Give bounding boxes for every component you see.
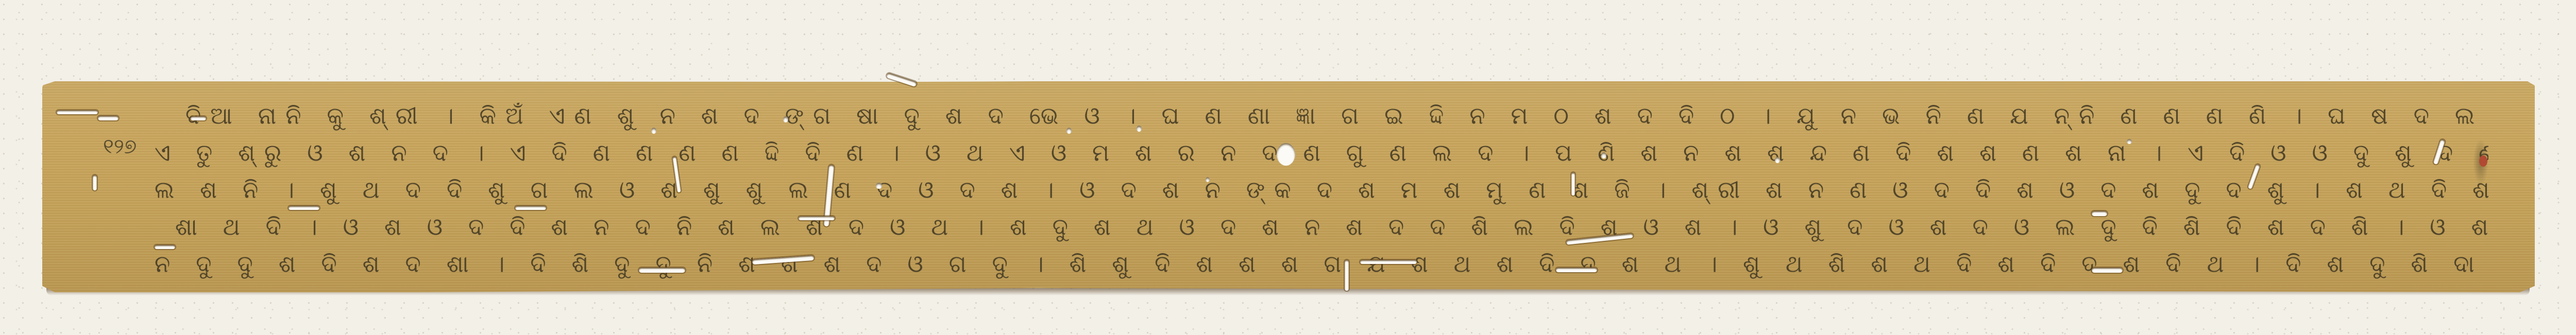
worm-track xyxy=(1556,268,1597,272)
worm-track xyxy=(515,206,546,210)
worm-track xyxy=(98,116,118,120)
text-line-2: ଏ ତୁ ଶ୍ରୁ ଓ ଶ ନ ଦ । ଏ ଦି ଣ ଣ ଣ ଣ ଦ୍ଦି ଦି… xyxy=(52,135,2488,171)
worm-hole xyxy=(2127,139,2132,144)
worm-hole xyxy=(651,128,656,134)
red-pigment-mark xyxy=(2479,155,2487,167)
binding-hole xyxy=(1277,143,1295,166)
text-line-1: ଦିଆ ନାନି କୁ ଶ୍ରୀ । କିଅଁ ଏଣ ଶୁ ନ ଶ ଦ ଙ୍ଗ … xyxy=(52,98,2488,134)
worm-track xyxy=(155,245,175,249)
worm-track xyxy=(1571,172,1575,196)
manuscript-text: ଦିଆ ନାନି କୁ ଶ୍ରୀ । କିଅଁ ଏଣ ଶୁ ନ ଶ ଦ ଙ୍ଗ … xyxy=(52,99,2488,282)
worm-track xyxy=(799,216,835,220)
worm-hole xyxy=(876,183,882,189)
worm-track xyxy=(639,268,685,273)
worm-track xyxy=(57,110,98,114)
worm-hole xyxy=(1206,177,1210,182)
worm-track xyxy=(2092,211,2107,216)
worm-hole xyxy=(783,116,788,122)
text-line-5: ନ ଦୁ ଦୁ ଶ ଦି ଶ ଦ ଶା । ଦି ଶି ଦୁ ଦୁ ନି ଶ ଶ… xyxy=(52,246,2488,283)
worm-track xyxy=(191,116,206,120)
text-line-4: ଶା ଥ ଦି । ଓ ଶ ଓ ଦ ଦି ଶ ନ ଦ ନି ଶ ଲ ଶ ଦ ଓ … xyxy=(52,209,2488,245)
text-line-3: ଲ ଶ ନି । ଶୁ ଥ ଦ ଦି ଶୁ ଗ ଲ ଓ ଶ ଶୁ ଶୁ ଲ ଣ … xyxy=(52,172,2488,208)
worm-track xyxy=(93,175,97,190)
worm-track xyxy=(289,206,319,210)
worm-track xyxy=(1345,260,1349,291)
worm-hole xyxy=(1066,128,1072,134)
worm-hole xyxy=(1601,152,1606,158)
worm-track xyxy=(2092,268,2123,273)
worm-track xyxy=(1360,260,1417,264)
worm-hole xyxy=(1775,157,1780,163)
worm-hole xyxy=(1137,126,1142,132)
